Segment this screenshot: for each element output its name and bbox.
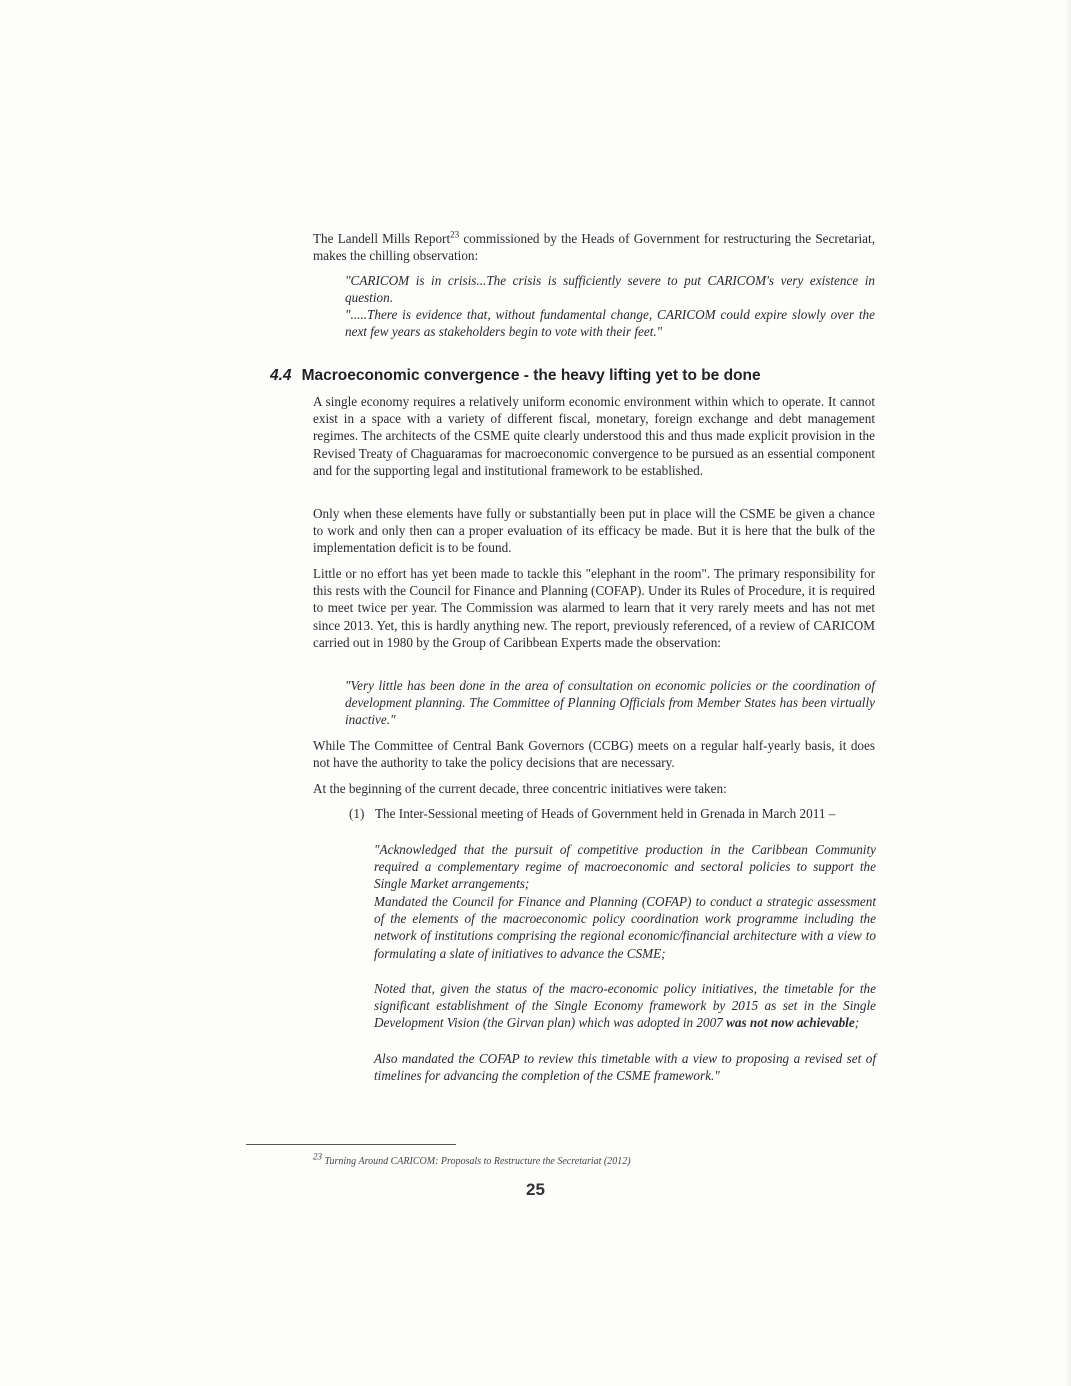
paragraph-elephant: Little or no effort has yet been made to…: [313, 565, 875, 651]
paragraph-decade: At the beginning of the current decade, …: [313, 780, 875, 797]
footnote-number: 23: [313, 1152, 322, 1162]
footnote-text: Turning Around CARICOM: Proposals to Res…: [325, 1156, 631, 1167]
paragraph-single-economy: A single economy requires a relatively u…: [313, 393, 875, 479]
paragraph-ccbg: While The Committee of Central Bank Gove…: [313, 737, 875, 771]
caribbean-experts-quote: "Very little has been done in the area o…: [345, 677, 875, 729]
list-marker: (1): [349, 805, 364, 822]
section-heading: 4.4Macroeconomic convergence - the heavy…: [270, 367, 761, 385]
footnote-ref[interactable]: 23: [450, 230, 459, 240]
landell-mills-quote-2: ".....There is evidence that, without fu…: [345, 306, 875, 340]
footnote: 23 Turning Around CARICOM: Proposals to …: [313, 1156, 631, 1167]
intro-paragraph: The Landell Mills Report23 commissioned …: [313, 230, 875, 264]
footnote-divider: [246, 1144, 456, 1145]
paragraph-only-when: Only when these elements have fully or s…: [313, 505, 875, 557]
grenada-quote-mandated: Mandated the Council for Finance and Pla…: [374, 893, 876, 962]
grenada-quote-also-mandated: Also mandated the COFAP to review this t…: [374, 1050, 876, 1084]
landell-mills-quote-1: "CARICOM is in crisis...The crisis is su…: [345, 272, 875, 306]
noted-emphasis: was not now achievable: [726, 1015, 855, 1030]
section-number: 4.4: [270, 367, 292, 384]
list-item: (1) The Inter-Sessional meeting of Heads…: [349, 805, 876, 822]
scan-edge: [1065, 0, 1071, 1386]
page-number: 25: [0, 1180, 1071, 1200]
intro-text: The Landell Mills Report: [313, 231, 450, 246]
section-title: Macroeconomic convergence - the heavy li…: [302, 367, 761, 384]
noted-text-end: ;: [855, 1015, 859, 1030]
document-page: The Landell Mills Report23 commissioned …: [0, 0, 1071, 1386]
grenada-quote-noted: Noted that, given the status of the macr…: [374, 980, 876, 1032]
list-item-text: The Inter-Sessional meeting of Heads of …: [375, 805, 876, 822]
grenada-quote-acknowledged: "Acknowledged that the pursuit of compet…: [374, 841, 876, 893]
